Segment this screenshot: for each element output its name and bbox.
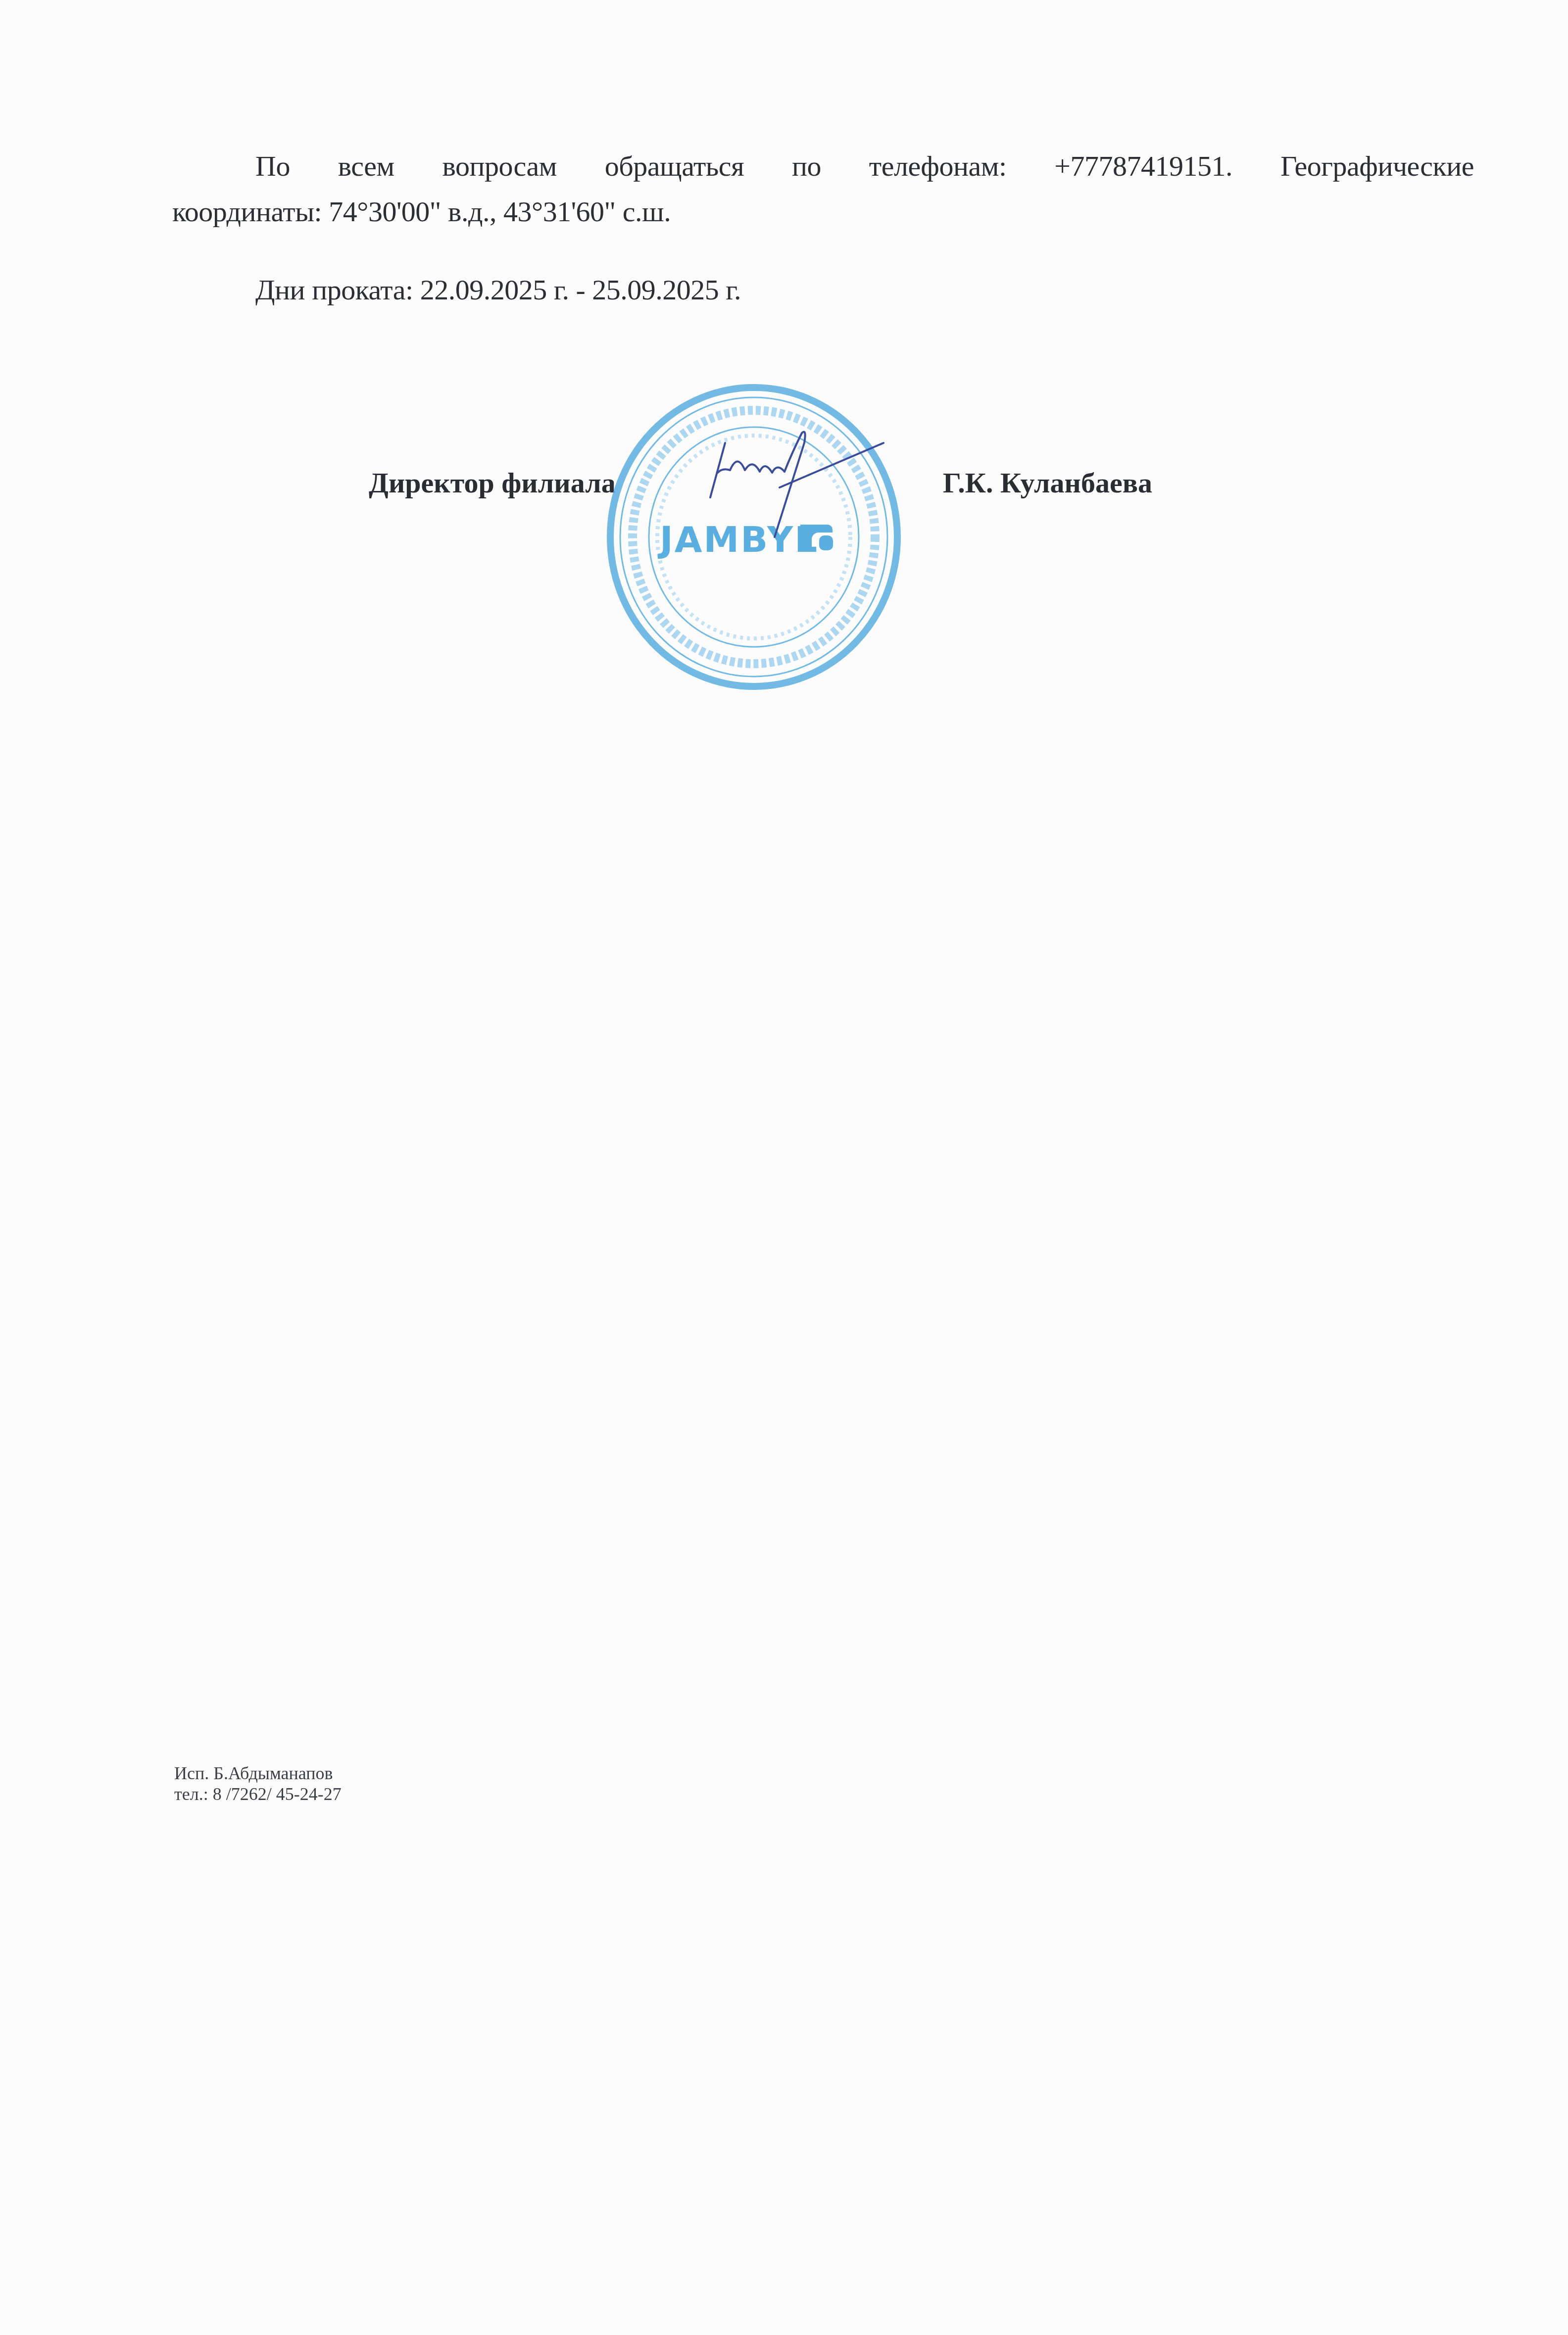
handwritten-signature — [690, 423, 888, 542]
executor-name: Исп. Б.Абдыманапов — [174, 1763, 342, 1784]
signatory-name: Г.К. Куланбаева — [943, 460, 1152, 506]
document-page: По всем вопросам обращаться по телефонам… — [0, 0, 1568, 2335]
contacts-paragraph-line-2: координаты: 74°30'00" в.д., 43°31'60" с.… — [172, 189, 1474, 235]
signatory-title: Директор филиала — [369, 460, 616, 506]
contacts-paragraph-line-1: По всем вопросам обращаться по телефонам… — [172, 144, 1474, 189]
rental-days-paragraph: Дни проката: 22.09.2025 г. - 25.09.2025 … — [255, 267, 741, 313]
footer-executor-info: Исп. Б.Абдыманапов тел.: 8 /7262/ 45-24-… — [174, 1763, 342, 1804]
executor-phone: тел.: 8 /7262/ 45-24-27 — [174, 1784, 342, 1804]
